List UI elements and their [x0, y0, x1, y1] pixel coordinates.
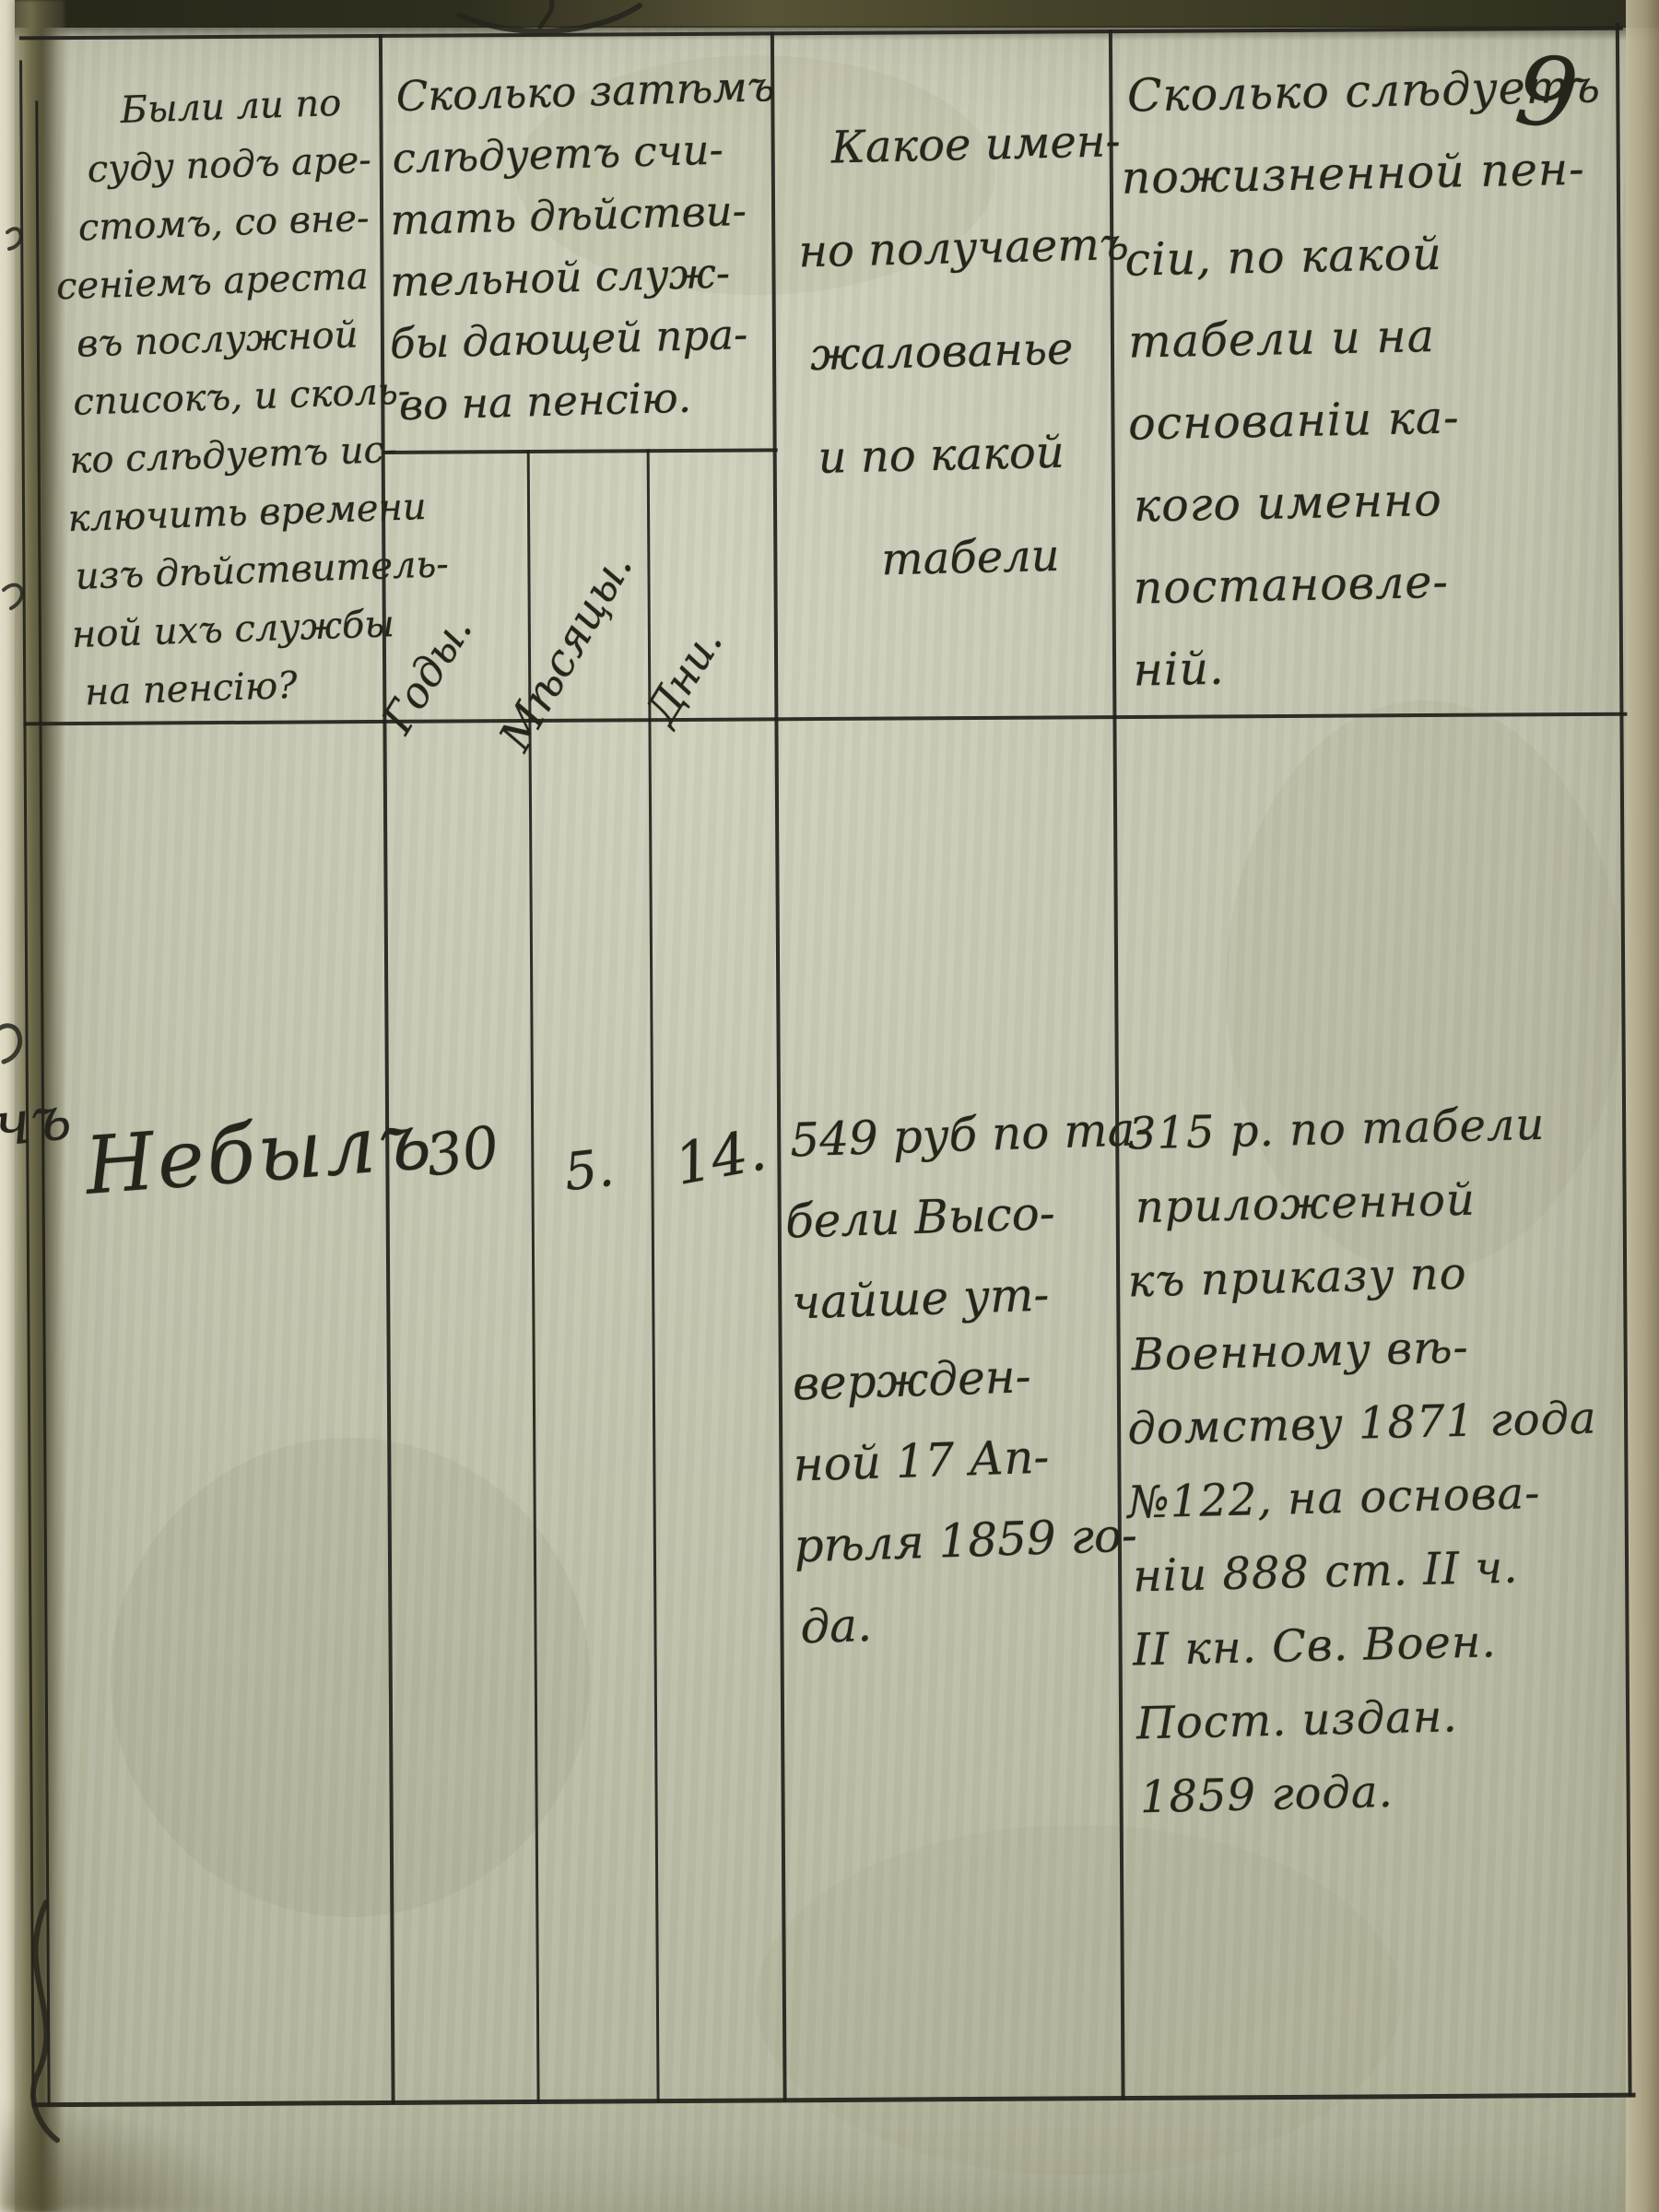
row-salary-text: 549 руб по та- бели Высо- чайше ут- верж… — [789, 1088, 1168, 1667]
col2-header-line: слѣдуетъ счи- — [392, 117, 778, 189]
col3-header-line: и по какой — [817, 399, 1135, 510]
col4-header-line: Сколько слѣдуетъ — [1126, 45, 1602, 136]
row-salary-line: ной 17 Ап- — [792, 1413, 1162, 1506]
col3-header-line: но получаетъ — [797, 193, 1130, 303]
row-pension-line: №122, на основа- — [1126, 1455, 1599, 1540]
right-outer-border — [1616, 23, 1632, 2097]
col4-header-line: основаніи ка- — [1127, 373, 1608, 465]
col4-header-line: сіи, по какой — [1124, 209, 1606, 300]
col4-header-line: пожизненной пен- — [1121, 127, 1604, 218]
col2-header-line: тать дѣйстви- — [390, 179, 780, 251]
row-pension-line: домству 1871 года — [1127, 1382, 1598, 1466]
col2-header: Сколько затѣмъ слѣдуетъ счи- тать дѣйств… — [395, 55, 784, 436]
col4-header: Сколько слѣдуетъ пожизненной пен- сіи, п… — [1126, 45, 1613, 711]
table: 9 Были ли по суду подъ аре- стомъ, со вн… — [0, 0, 1659, 2212]
row-years-value: 30 — [421, 1112, 503, 1190]
col4-header-line: ній. — [1133, 619, 1614, 711]
col3-header-line: жалованье — [809, 296, 1133, 406]
col3-header: Какое имен- но получаетъ жалованье и по … — [798, 89, 1136, 613]
col2-header-line: во на пенсію. — [398, 364, 784, 436]
col3-header-line: табели — [880, 502, 1137, 611]
row-pension-line: Военному вѣ- — [1131, 1308, 1596, 1393]
row-salary-line: вержден- — [791, 1332, 1159, 1425]
col2-header-line: бы дающей пра- — [389, 302, 782, 374]
row-salary-line: бели Высо- — [784, 1170, 1155, 1263]
row-pension-text: 315 р. по табели приложенной къ приказу … — [1127, 1087, 1606, 1835]
table-bottom-border — [32, 2093, 1636, 2108]
left-outer-border — [19, 60, 35, 2106]
row-pension-line: II кн. Св. Воен. — [1132, 1602, 1603, 1687]
row-pension-line: 315 р. по табели — [1127, 1087, 1591, 1171]
row-salary-line: рѣля 1859 го- — [793, 1494, 1165, 1587]
row-pension-line: ніи 888 ст. II ч. — [1132, 1529, 1601, 1614]
col3-header-line: Какое имен- — [829, 89, 1127, 200]
col4-header-line: кого именно — [1133, 455, 1610, 547]
row-pension-line: къ приказу по — [1127, 1234, 1594, 1319]
col2-header-line: Сколько затѣмъ — [395, 55, 776, 127]
gutter-cutoff-text: чъ — [0, 1082, 75, 1160]
col4-header-line: постановле- — [1133, 537, 1612, 629]
row-salary-line: да. — [799, 1575, 1168, 1668]
row-pension-line: приложенной — [1135, 1160, 1593, 1245]
row-pension-line: Пост. издан. — [1135, 1676, 1605, 1760]
table-top-border — [19, 27, 1623, 41]
col2-header-line: тельной служ- — [389, 241, 781, 312]
row-days-value: 14. — [670, 1115, 771, 1198]
row-salary-line: 549 руб по та- — [789, 1088, 1152, 1182]
col1-header-line: Были ли по — [120, 71, 434, 140]
row-pension-line: 1859 года. — [1139, 1749, 1606, 1834]
row-salary-line: чайше ут- — [791, 1251, 1158, 1344]
col4-header-line: табели и на — [1127, 291, 1606, 382]
subheader-months: Мѣсяцы. — [489, 543, 642, 759]
row-months-value: 5. — [561, 1138, 617, 1204]
row-arrest-answer: Небылъ — [82, 1095, 437, 1213]
document-page: 9 Были ли по суду подъ аре- стомъ, со вн… — [0, 0, 1659, 2212]
